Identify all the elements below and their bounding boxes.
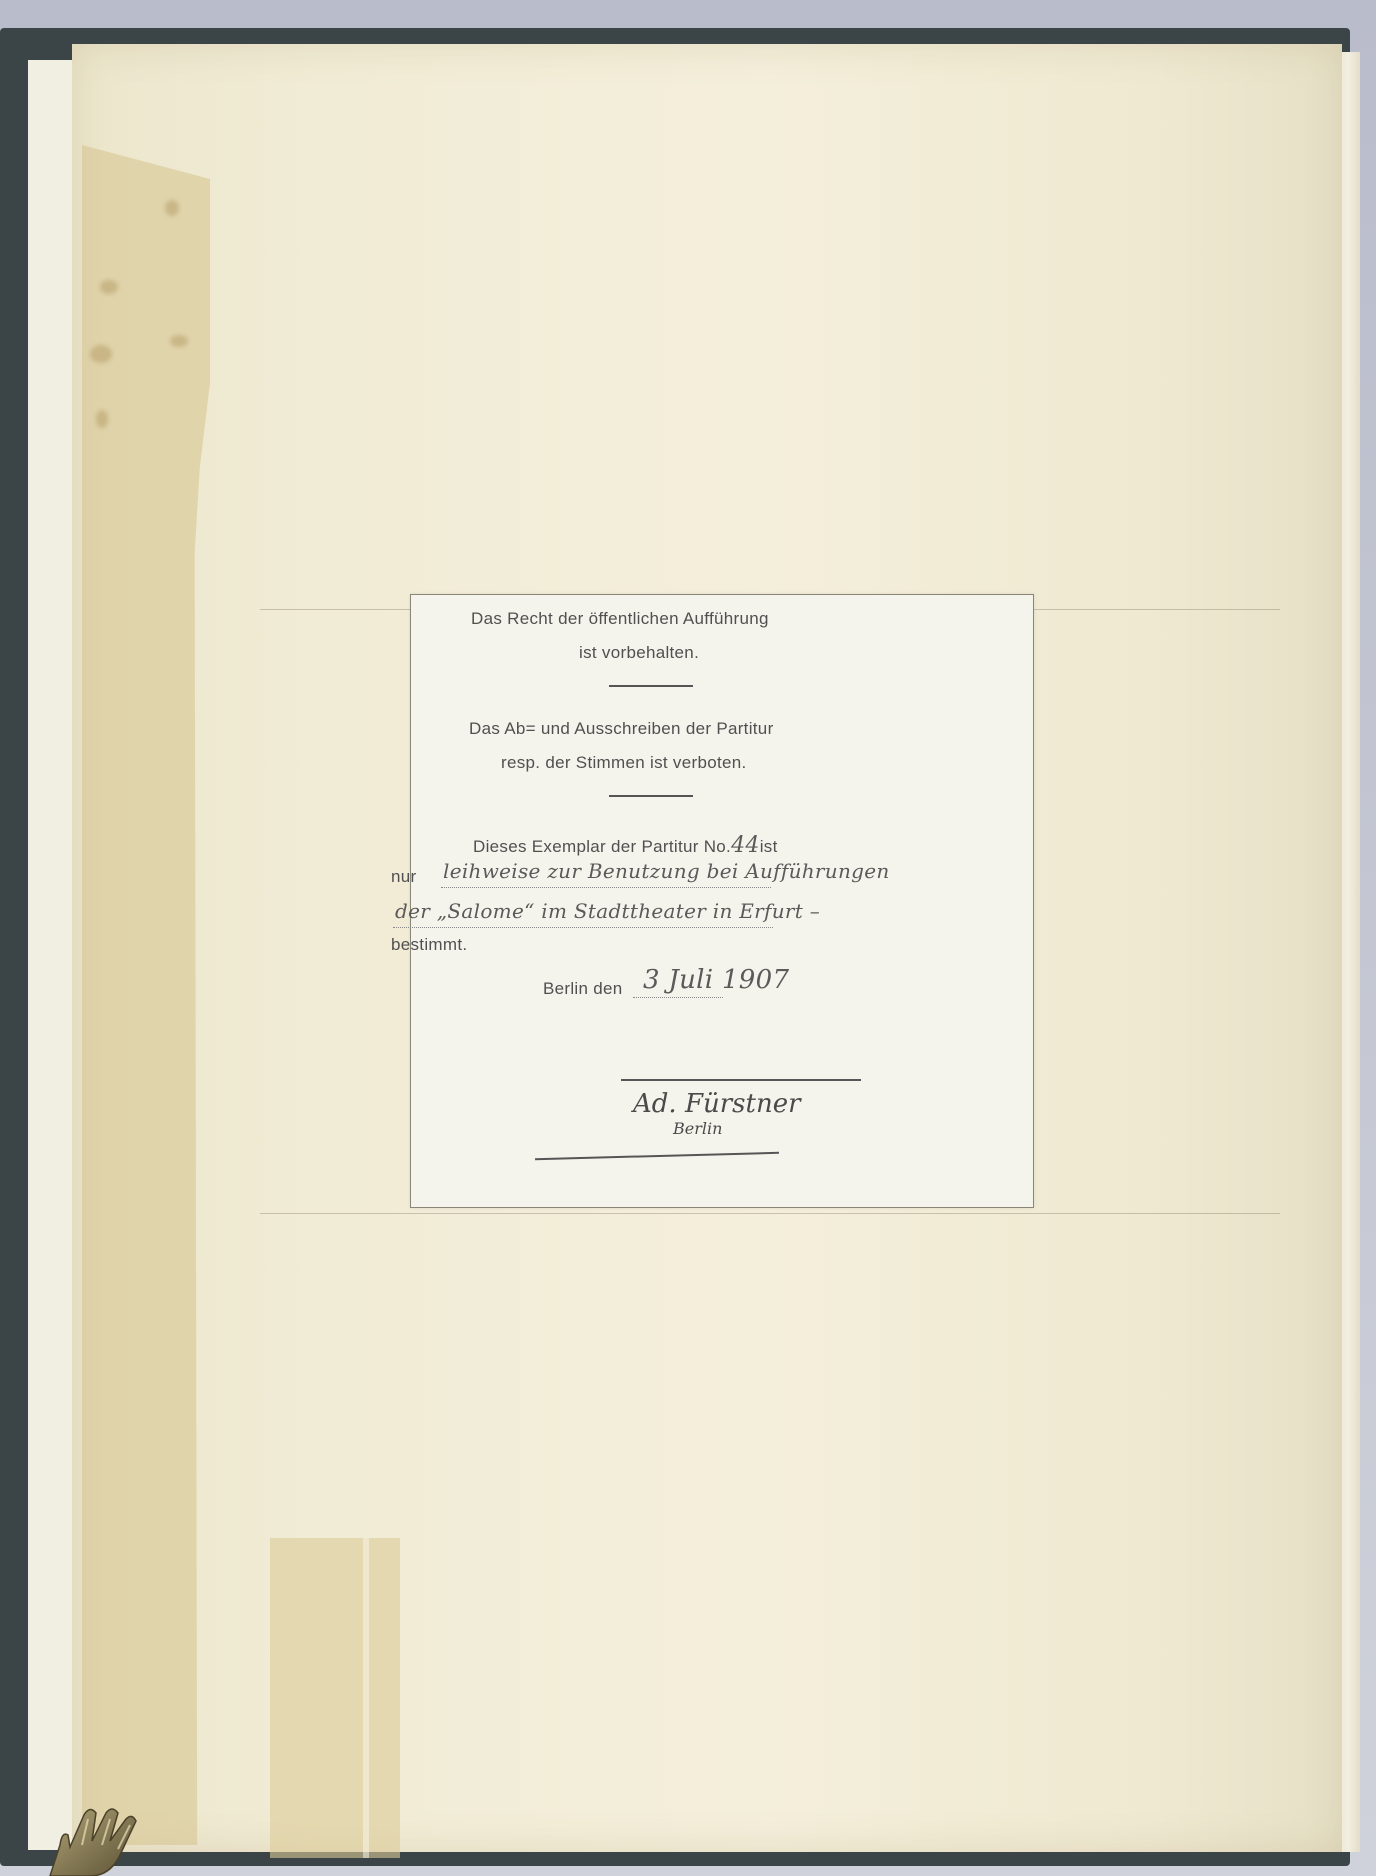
divider — [609, 685, 693, 687]
signature-flourish — [535, 1152, 779, 1160]
nur-label: nur — [391, 867, 416, 886]
copying-prohibited-notice-line-2: resp. der Stimmen ist verboten. — [501, 753, 1123, 773]
stain — [165, 200, 179, 216]
performance-rights-notice-line-2: ist vorbehalten. — [579, 643, 1201, 663]
repair-tape-strip — [82, 145, 210, 1845]
handwritten-purpose-line-1: leihweise zur Benutzung bei Aufführungen — [443, 859, 1065, 883]
stain — [96, 410, 108, 428]
signature-stroke — [621, 1079, 861, 1081]
handwritten-exemplar-number: 44 — [731, 833, 760, 858]
exemplar-line: Dieses Exemplar der Partitur No.44ist — [473, 833, 1095, 858]
signature-place: Berlin — [673, 1119, 722, 1138]
stain — [100, 280, 118, 294]
date-fill-in-line — [633, 997, 723, 998]
performance-rights-notice: Das Recht der öffentlichen Aufführung — [471, 609, 1093, 629]
exemplar-suffix: ist — [760, 837, 778, 856]
stain — [170, 335, 188, 347]
copying-prohibited-notice: Das Ab= und Ausschreiben der Partitur — [469, 719, 1091, 739]
hand-shaped-clip-icon — [40, 1775, 170, 1876]
signature: Ad. Fürstner — [633, 1089, 801, 1119]
guide-line — [260, 1213, 1280, 1214]
stain — [90, 345, 112, 363]
handwritten-date: 3 Juli 1907 — [643, 965, 1265, 995]
repair-tape-bottom — [270, 1538, 400, 1858]
divider — [609, 795, 693, 797]
fill-in-line — [393, 927, 773, 928]
fill-in-line — [441, 887, 771, 888]
bestimmt-label: bestimmt. — [391, 935, 1013, 955]
handwritten-purpose-line-2: der „Salome“ im Stadttheater in Erfurt – — [395, 899, 1017, 923]
copyright-label: Das Recht der öffentlichen Aufführung is… — [410, 594, 1034, 1208]
exemplar-prefix: Dieses Exemplar der Partitur No. — [473, 837, 731, 856]
